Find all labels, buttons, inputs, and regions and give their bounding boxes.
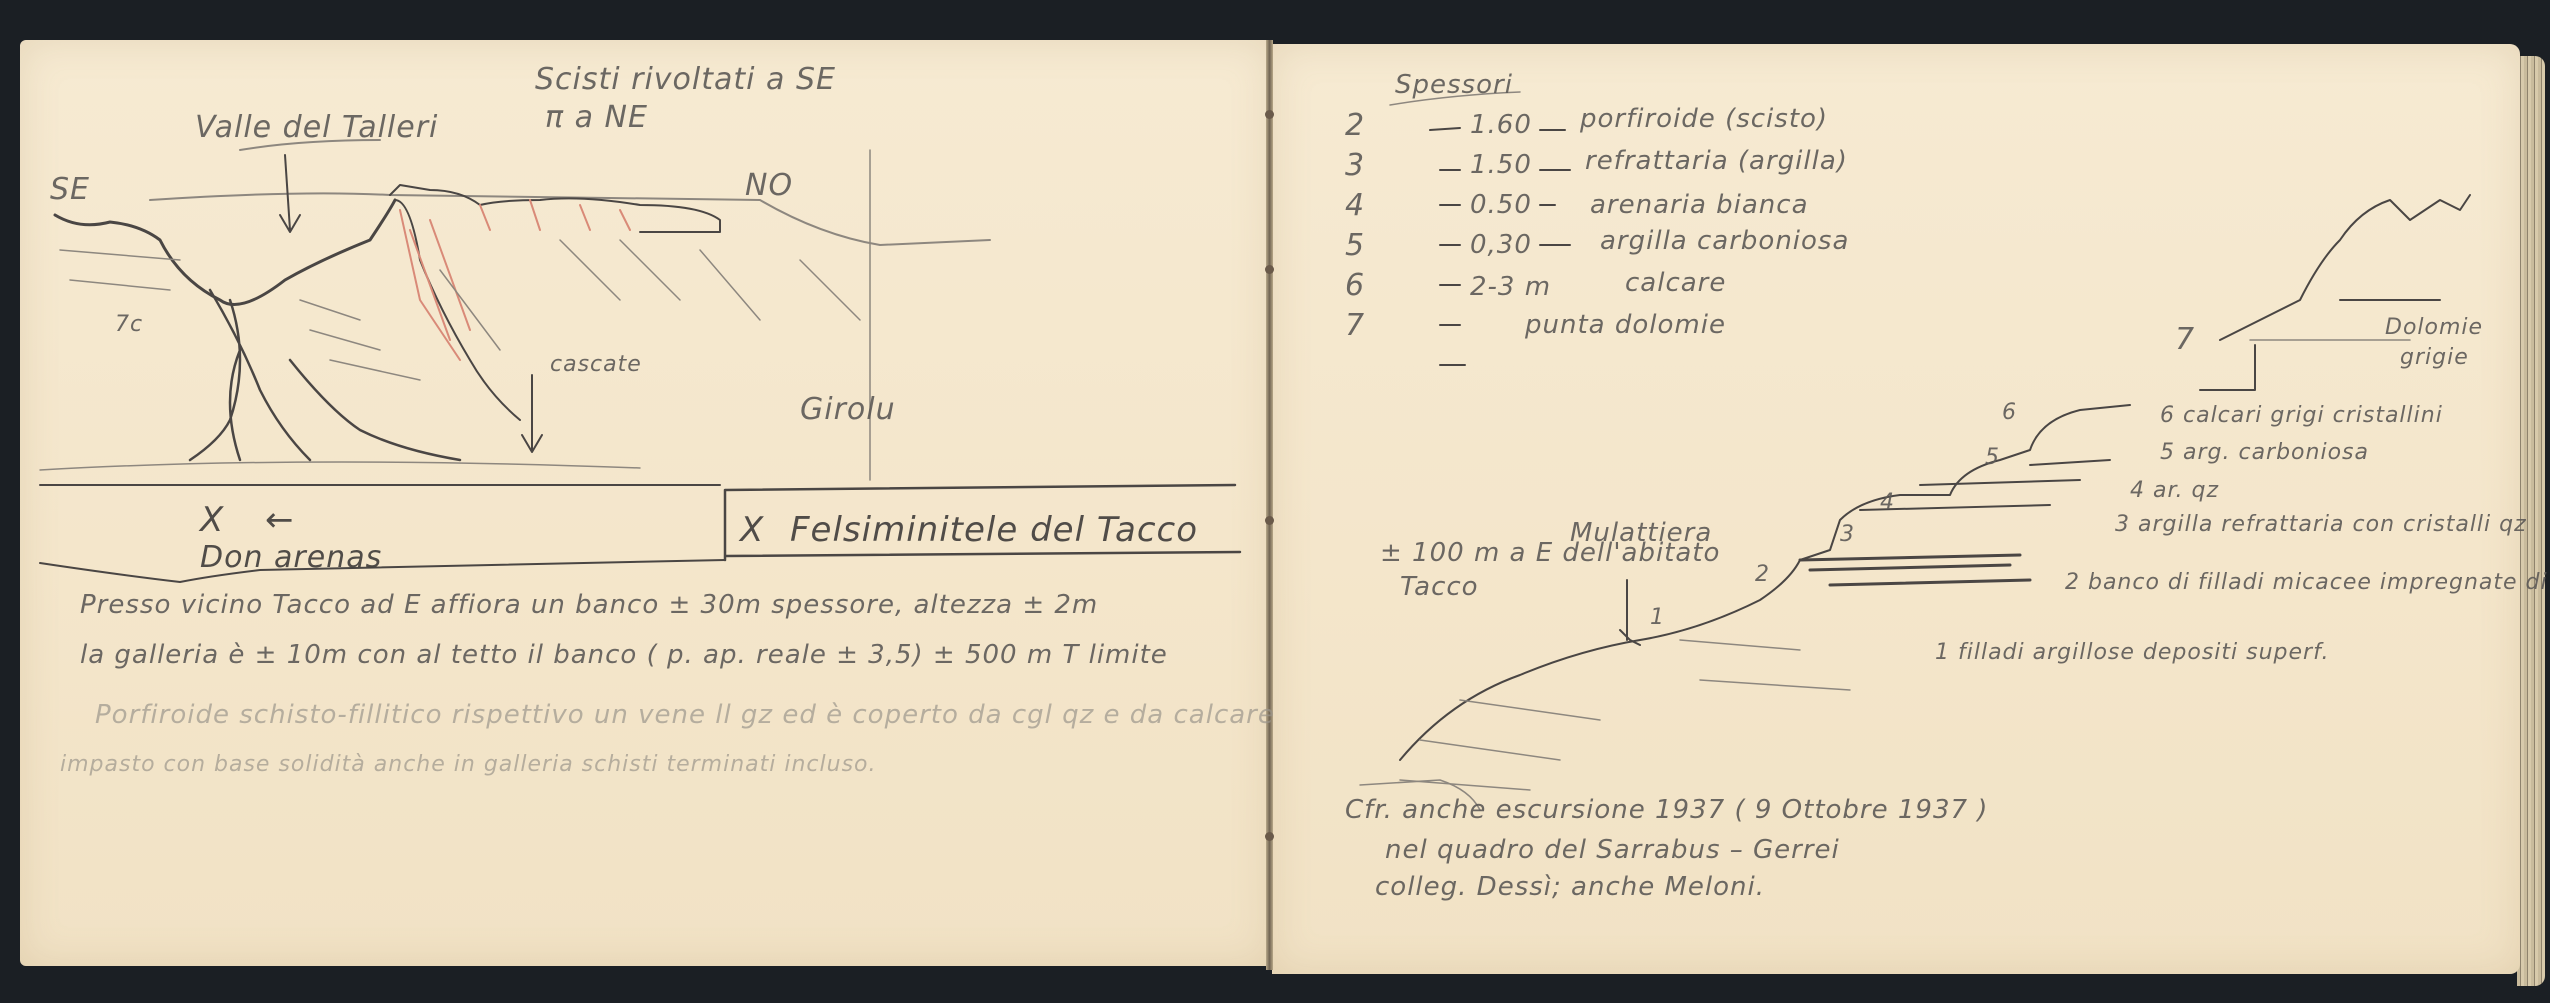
strata-thickness: 1.60	[1470, 110, 1532, 140]
strata-num: 4	[1345, 188, 1365, 223]
note-line-4: impasto con base solidità anche in galle…	[60, 752, 877, 777]
legend-label: Don arenas	[200, 540, 382, 575]
strata-num: 2	[1345, 108, 1365, 143]
label-no: NO	[745, 168, 793, 203]
legend-x-symbol: X	[200, 500, 224, 540]
boxed-x-symbol: X	[740, 510, 764, 550]
strata-desc: porfiroide (scisto)	[1580, 104, 1828, 134]
strata-thickness: 0,30	[1470, 230, 1532, 260]
note-line-1: Presso vicino Tacco ad E affiora un banc…	[80, 590, 1098, 620]
profile-number: 6	[2002, 400, 2017, 425]
strata-desc: punta dolomie	[1525, 310, 1726, 340]
label-cascate: cascate	[550, 352, 642, 377]
profile-legend-item: 5 arg. carboniosa	[2160, 440, 2369, 465]
label-girolu: Girolu	[800, 392, 896, 427]
strata-num: 7	[1345, 308, 1365, 343]
profile-legend-item: 2 banco di filladi micacee impregnate di…	[2065, 570, 2550, 595]
strata-thickness: 1.50	[1470, 150, 1532, 180]
label-7c: 7c	[115, 312, 143, 337]
dolomie-label-line1: Dolomie	[2385, 315, 2483, 340]
note-line-2: la galleria è ± 10m con al tetto il banc…	[80, 640, 1168, 670]
profile-legend-item: 3 argilla refrattaria con cristalli qz	[2115, 512, 2527, 537]
dolomie-label-line2: grigie	[2400, 345, 2469, 370]
note-line-3: Porfiroide schisto-fillitico rispettivo …	[95, 700, 1275, 730]
profile-number: 2	[1755, 562, 1770, 587]
profile-number: 4	[1880, 490, 1895, 515]
strata-num: 6	[1345, 268, 1365, 303]
strata-desc: refrattaria (argilla)	[1585, 146, 1848, 176]
profile-number: 7	[2175, 322, 2195, 357]
station-name: Mulattiera	[1570, 518, 1712, 548]
profile-legend-item: 6 calcari grigi cristallini	[2160, 403, 2443, 428]
bottom-note-line1: Cfr. anche escursione 1937 ( 9 Ottobre 1…	[1345, 795, 1988, 825]
station-note-line2: Tacco	[1400, 572, 1479, 602]
profile-number: 3	[1840, 522, 1855, 547]
legend-arrow: ←	[265, 500, 295, 540]
valley-label: Valle del Talleri	[195, 110, 438, 145]
strata-desc: calcare	[1625, 268, 1726, 298]
strata-section-header: Spessori	[1395, 70, 1513, 100]
strata-desc: argilla carboniosa	[1600, 226, 1849, 256]
strata-desc: arenaria bianca	[1590, 190, 1809, 220]
label-se: SE	[50, 172, 90, 207]
strata-thickness: 0.50	[1470, 190, 1532, 220]
profile-number: 1	[1650, 605, 1665, 630]
bottom-note-line3: colleg. Dessì; anche Meloni.	[1375, 872, 1765, 902]
strata-num: 3	[1345, 148, 1365, 183]
profile-legend-item: 1 filladi argillose depositi superf.	[1935, 640, 2329, 665]
header-title-line2: π a NE	[545, 100, 648, 135]
bottom-note-line2: nel quadro del Sarrabus – Gerrei	[1385, 835, 1840, 865]
profile-number: 5	[1985, 445, 2000, 470]
strata-thickness: 2-3 m	[1470, 272, 1551, 302]
header-title-line1: Scisti rivoltati a SE	[535, 62, 836, 97]
profile-legend-item: 4 ar. qz	[2130, 478, 2219, 503]
strata-num: 5	[1345, 228, 1365, 263]
boxed-title: Felsiminitele del Tacco	[790, 510, 1198, 550]
